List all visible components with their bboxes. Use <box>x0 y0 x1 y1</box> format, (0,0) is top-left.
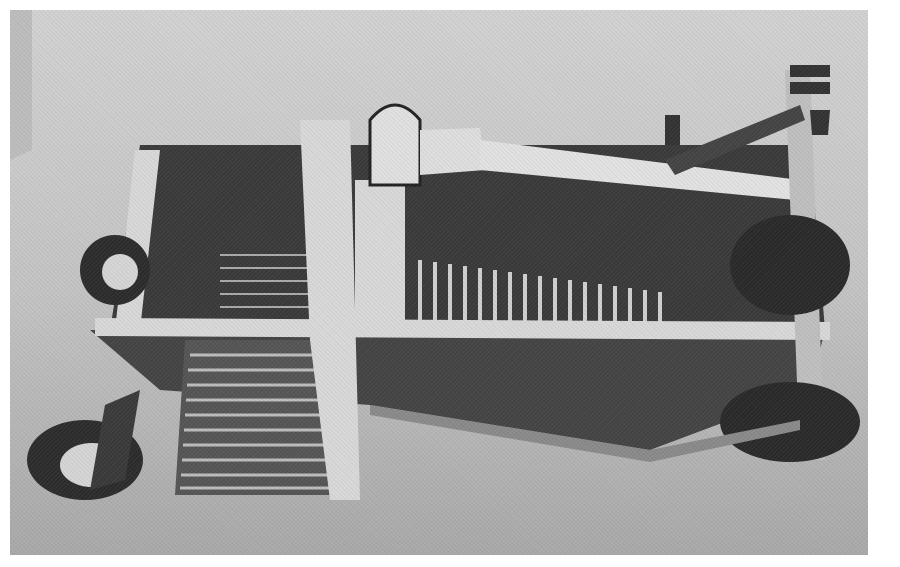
implement-photo <box>10 10 868 555</box>
left-rear-wheel <box>80 235 150 305</box>
photo-illustration <box>10 10 868 555</box>
rear-disc <box>730 215 850 315</box>
shed-wall <box>10 10 32 160</box>
